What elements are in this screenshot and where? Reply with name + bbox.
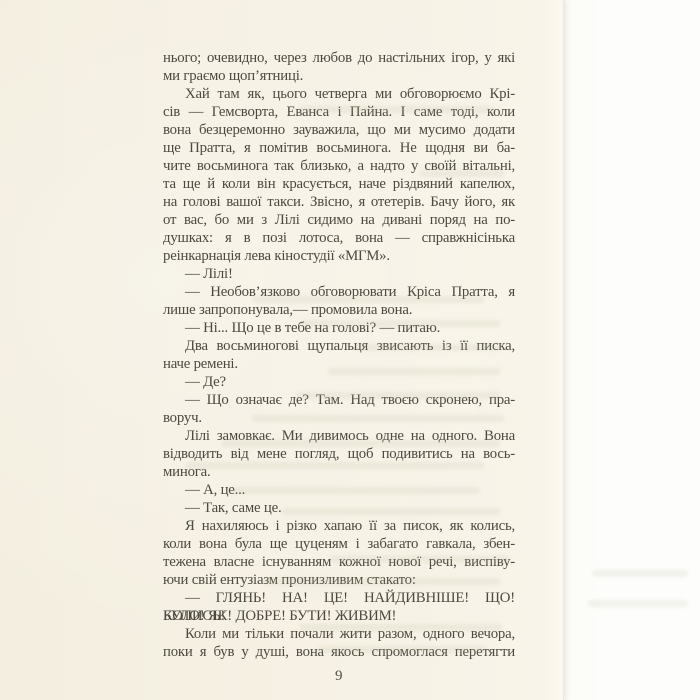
text-line: минога. (163, 463, 515, 481)
text-line: відводить від мене погляд, щоб подивитис… (163, 445, 515, 463)
text-line: Хай там як, цього четверга ми обговорюєм… (163, 85, 515, 103)
text-line: воруч. (163, 409, 515, 427)
text-line: Два восьминогові щупальця звисають із її… (163, 337, 515, 355)
text-line: вона безцеремонно зауважила, що ми мусим… (163, 121, 515, 139)
page-paper: нього; очевидно, через любов до настільн… (0, 0, 564, 700)
text-line: поки я був у душі, вона якось спромоглас… (163, 643, 515, 661)
text-line: — ГЛЯНЬ! НА! ЦЕ! НАЙДИВНІШЕ! ЩО! КОЛИСЬ! (163, 589, 515, 607)
paragraph: — Необов’язково обговорювати Кріса Пратт… (163, 283, 515, 319)
paragraph: — Де? (163, 373, 515, 391)
page-number: 9 (163, 668, 515, 685)
book-page-scan: нього; очевидно, через любов до настільн… (0, 0, 700, 700)
paragraph: — Так, саме це. (163, 499, 515, 517)
text-line: душках: я в позі лотоса, вона — справжні… (163, 229, 515, 247)
text-line: — А, це... (163, 481, 515, 499)
text-line: — Ні... Що це в тебе на голові? — питаю. (163, 319, 515, 337)
text-line: БУЛО! ЯК! ДОБРЕ! БУТИ! ЖИВИМ! (163, 607, 515, 625)
paragraph: — Що означає де? Там. Над твоєю скронею,… (163, 391, 515, 427)
text-line: на голові вашої такси. Звісно, я отетері… (163, 193, 515, 211)
paragraph: Два восьминогові щупальця звисають із її… (163, 337, 515, 373)
text-line: ще Пратта, я помітив восьминога. Не щодн… (163, 139, 515, 157)
text-line: нього; очевидно, через любов до настільн… (163, 49, 515, 67)
text-line: лише запропонувала,— промовила вона. (163, 301, 515, 319)
text-line: ми граємо щоп’ятниці. (163, 67, 515, 85)
paragraph: Хай там як, цього четверга ми обговорюєм… (163, 85, 515, 265)
text-line: — Так, саме це. (163, 499, 515, 517)
scanner-background (564, 0, 700, 700)
text-column: нього; очевидно, через любов до настільн… (163, 49, 515, 661)
text-line: коли вона була ще цуценям і забагато гав… (163, 535, 515, 553)
text-line: — Необов’язково обговорювати Кріса Пратт… (163, 283, 515, 301)
paragraph: — А, це... (163, 481, 515, 499)
text-line: — Де? (163, 373, 515, 391)
paragraph: — ГЛЯНЬ! НА! ЦЕ! НАЙДИВНІШЕ! ЩО! КОЛИСЬ!… (163, 589, 515, 625)
text-line: Коли ми тільки почали жити разом, одного… (163, 625, 515, 643)
paragraph: — Ні... Що це в тебе на голові? — питаю. (163, 319, 515, 337)
paragraph: Коли ми тільки почали жити разом, одного… (163, 625, 515, 661)
text-line: — Що означає де? Там. Над твоєю скронею,… (163, 391, 515, 409)
text-line: реінкарнація лева кіностудії «МГМ». (163, 247, 515, 265)
text-line: чите восьминога так близько, а надто у с… (163, 157, 515, 175)
text-line: наче ремені. (163, 355, 515, 373)
text-line: Лілі замовкає. Ми дивимось одне на одног… (163, 427, 515, 445)
text-line: та ще й коли він красується, наче різдвя… (163, 175, 515, 193)
text-line: тежена власне існуванням кожної нової ре… (163, 553, 515, 571)
paragraph: нього; очевидно, через любов до настільн… (163, 49, 515, 85)
text-line: от вас, бо ми з Лілі сидимо на дивані по… (163, 211, 515, 229)
paragraph: Я нахиляюсь і різко хапаю її за писок, я… (163, 517, 515, 589)
text-line: Я нахиляюсь і різко хапаю її за писок, я… (163, 517, 515, 535)
text-line: ючи свій ентузіазм пронизливим стакато: (163, 571, 515, 589)
text-line: — Лілі! (163, 265, 515, 283)
paragraph: Лілі замовкає. Ми дивимось одне на одног… (163, 427, 515, 481)
text-line: сів — Гемсворта, Еванса і Пайна. І саме … (163, 103, 515, 121)
paragraph: — Лілі! (163, 265, 515, 283)
